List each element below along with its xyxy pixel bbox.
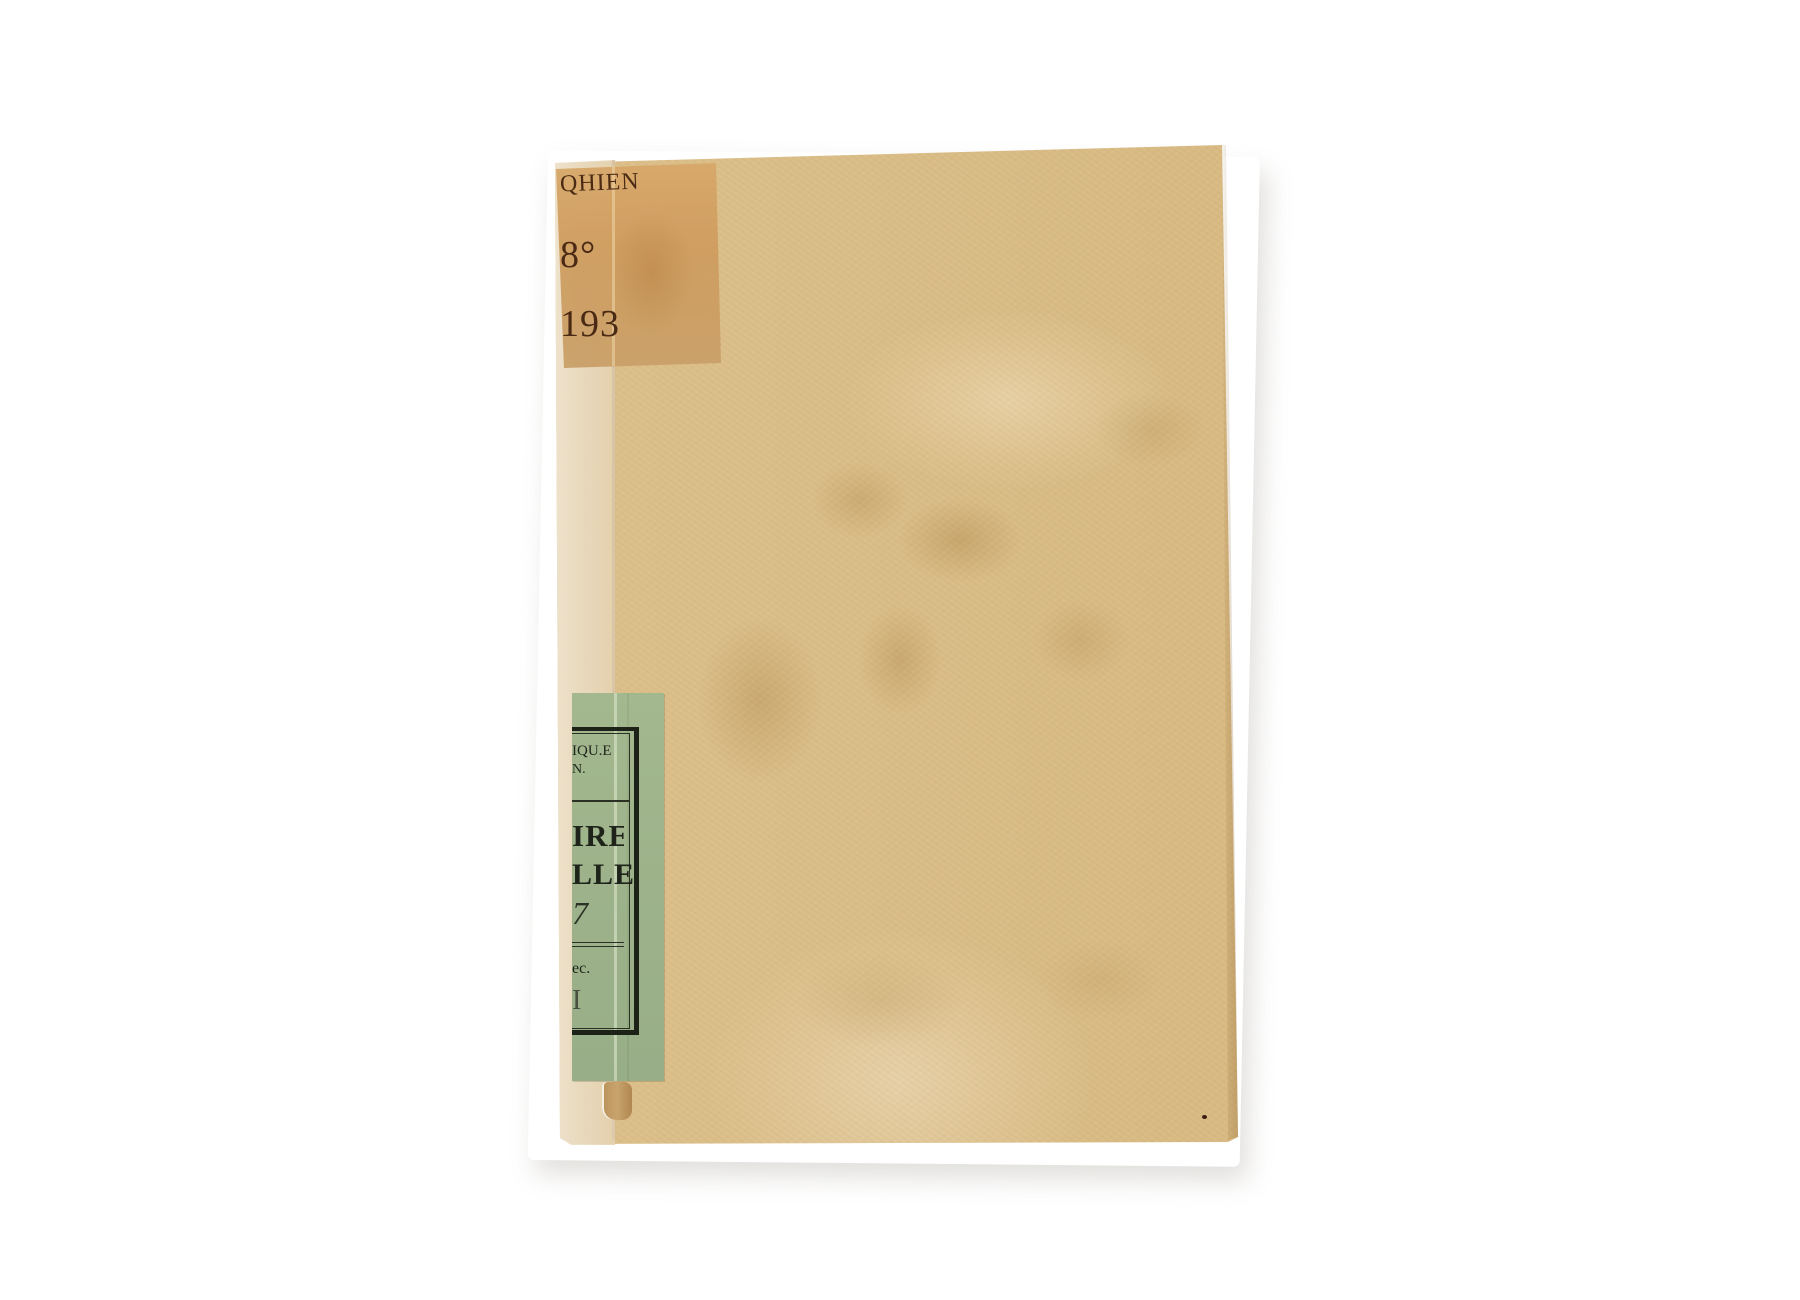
spine-label-line-7: I: [572, 985, 602, 1017]
label-rule-bottom: [572, 942, 624, 947]
spine-label-line-6: ec.: [572, 960, 612, 978]
label-rule-top: [572, 800, 630, 802]
spine-label-title-2: LLE.: [572, 858, 636, 892]
top-label-format: 8°: [560, 233, 596, 277]
top-label-author: QHIEN: [560, 169, 641, 199]
spine-label-volume: 7: [572, 895, 602, 932]
worm-hole-mark: [1202, 1115, 1207, 1119]
spine-label-title-1: IRE: [572, 818, 624, 854]
spine-label-line-2: N.: [572, 762, 612, 778]
vellum-book-cover: [0, 0, 1800, 1300]
book-photo-scene: QHIEN 8° 193 IQU.E N. IRE LLE. 7 ec. I: [0, 0, 1800, 1300]
top-label-shelf-number: 193: [560, 302, 620, 346]
torn-paper-tag: [602, 1082, 632, 1120]
spine-label-line-1: IQU.E: [572, 743, 622, 760]
